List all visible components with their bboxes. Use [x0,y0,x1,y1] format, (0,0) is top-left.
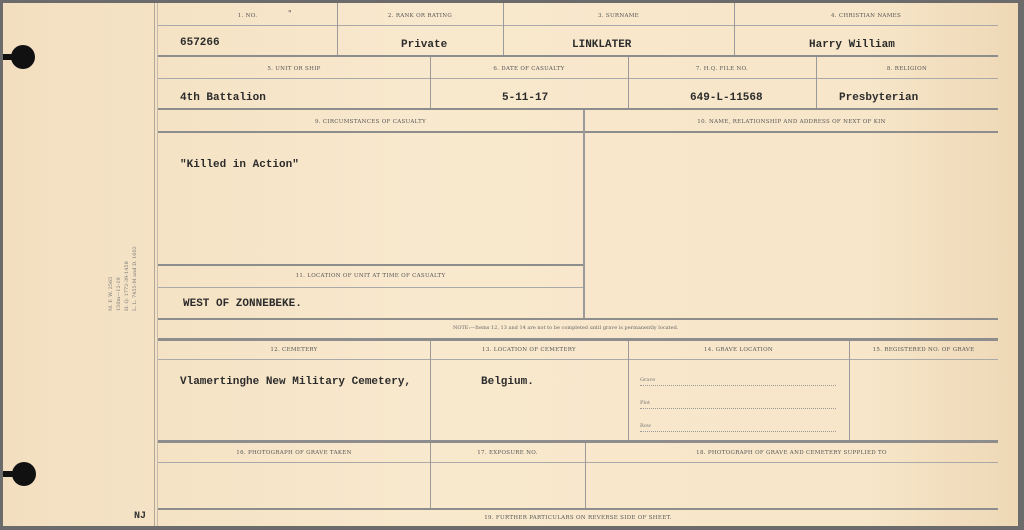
divider [158,78,998,79]
plot-field: Plot [640,400,836,409]
stamp-line: M. F. W. 2565 [107,241,115,311]
divider [158,108,998,110]
label-photo-supplied: 18. PHOTOGRAPH OF GRAVE AND CEMETERY SUP… [585,450,998,456]
row-label: Row [640,423,651,429]
corner-initials: NJ [134,511,146,522]
value-location-cemetery: Belgium. [481,376,534,388]
label-no: 1. NO. [158,13,337,19]
divider [849,341,850,440]
label-unit: 5. UNIT OR SHIP [158,66,430,72]
stamp-line: 150m—12-19 [115,241,123,311]
binder-hole-top [11,45,35,69]
divider [158,25,998,26]
grave-field: Grave [640,377,836,386]
divider [158,55,998,57]
label-location-unit: 11. LOCATION OF UNIT AT TIME OF CASUALTY [158,273,583,279]
divider [158,508,998,510]
stamp-line: L. L. 7455-M and D. 1602 [131,241,139,311]
binder-hole-bottom [12,462,36,486]
form-left-border [154,3,155,526]
label-religion: 8. RELIGION [816,66,998,72]
label-date: 6. DATE OF CASUALTY [430,66,628,72]
value-cemetery: Vlamertinghe New Military Cemetery, [180,376,411,388]
value-surname: LINKLATER [572,39,631,51]
divider [583,110,585,318]
divider [734,3,735,55]
divider [430,57,431,108]
plot-label: Plot [640,400,650,406]
casualty-record-card: M. F. W. 2565 150m—12-19 H. Q. 1772-39-1… [3,3,1018,526]
label-christian-names: 4. CHRISTIAN NAMES [734,13,998,19]
row-field: Row [640,423,836,432]
divider [430,341,431,440]
label-hq-file: 7. H.Q. FILE NO. [628,66,816,72]
label-photo-taken: 16. PHOTOGRAPH OF GRAVE TAKEN [158,450,430,456]
label-rank: 2. RANK OR RATING [337,13,503,19]
divider [503,3,504,55]
value-rank: Private [401,39,447,51]
divider [337,3,338,55]
divider [628,341,629,440]
stamp-line: H. Q. 1772-39-1458 [123,241,131,311]
value-hq-file: 649-L-11568 [690,92,763,104]
value-religion: Presbyterian [839,92,918,104]
divider [158,264,583,266]
divider [158,440,998,443]
divider [158,359,998,360]
label-cemetery: 12. CEMETERY [158,347,430,353]
value-no: 657266 [180,37,220,49]
label-further-particulars: 19. FURTHER PARTICULARS ON REVERSE SIDE … [158,515,998,521]
value-date: 5-11-17 [502,92,548,104]
label-location-cemetery: 13. LOCATION OF CEMETERY [430,347,628,353]
divider [628,57,629,108]
divider [158,287,583,288]
divider [158,338,998,341]
label-surname: 3. SURNAME [503,13,734,19]
value-circumstances: "Killed in Action" [180,159,299,171]
grave-label: Grave [640,377,655,383]
label-next-of-kin: 10. NAME, RELATIONSHIP AND ADDRESS OF NE… [585,119,998,125]
tick-mark: " [288,9,292,18]
value-christian-names: Harry William [809,39,895,51]
divider [816,57,817,108]
divider [158,462,998,463]
note-text: NOTE:—Items 12, 13 and 14 are not to be … [453,325,678,331]
divider [158,318,998,320]
divider [158,131,998,133]
value-unit: 4th Battalion [180,92,266,104]
label-registered-no: 15. REGISTERED NO. OF GRAVE [849,347,998,353]
label-grave-location: 14. GRAVE LOCATION [628,347,849,353]
value-location-unit: WEST OF ZONNEBEKE. [183,298,302,310]
label-circumstances: 9. CIRCUMSTANCES OF CASUALTY [158,119,583,125]
label-exposure: 17. EXPOSURE NO. [430,450,585,456]
